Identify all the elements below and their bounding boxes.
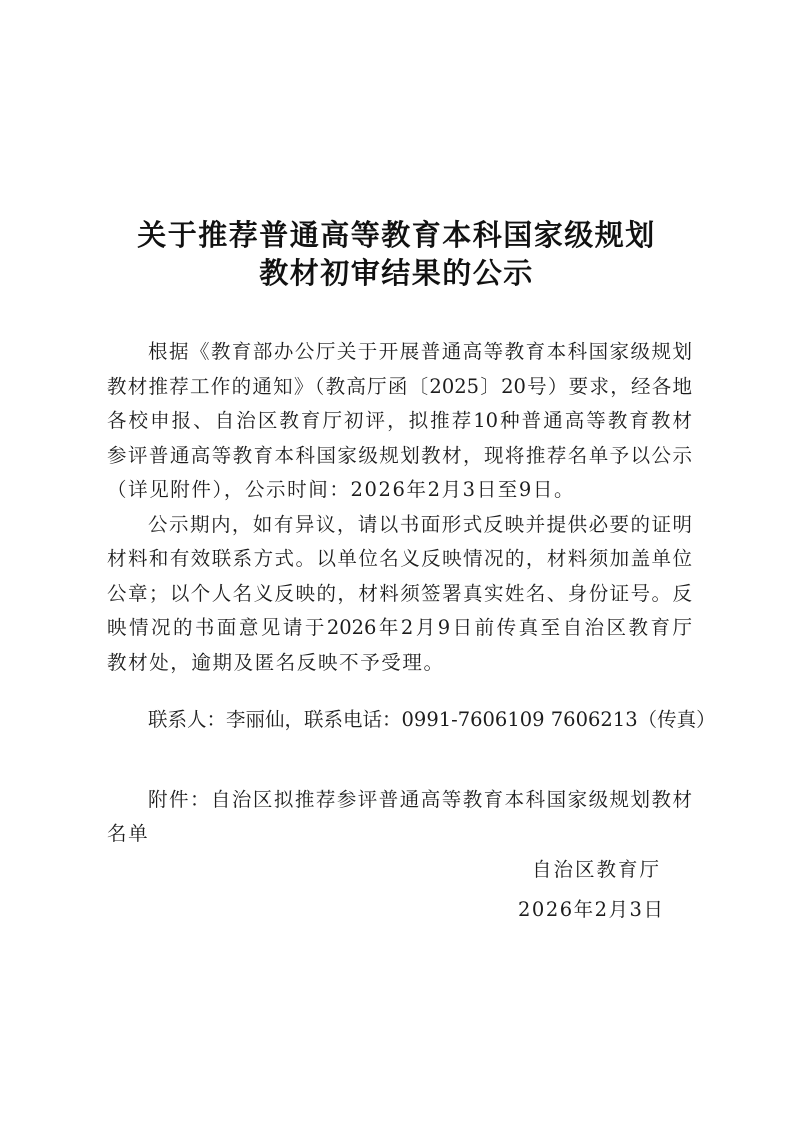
- document-page: 关于推荐普通高等教育本科国家级规划 教材初审结果的公示 根据《教育部办公厅关于开…: [0, 0, 793, 1122]
- issuer-name: 自治区教育厅: [532, 858, 661, 882]
- paragraph-1-line-1: 根据《教育部办公厅关于开展普通高等教育本科国家级规划: [148, 340, 692, 364]
- paragraph-1-line-2: 教材推荐工作的通知》（教高厅函〔2025〕20号）要求，经各地: [107, 375, 692, 399]
- paragraph-2-line-3: 公章；以个人名义反映的，材料须签署真实姓名、身份证号。反: [107, 582, 692, 606]
- document-title-line-1: 关于推荐普通高等教育本科国家级规划: [0, 217, 793, 253]
- paragraph-1-line-4: 参评普通高等教育本科国家级规划教材，现将推荐名单予以公示: [107, 444, 692, 468]
- attachment-line-2: 名单: [107, 822, 692, 846]
- paragraph-2-line-2: 材料和有效联系方式。以单位名义反映情况的，材料须加盖单位: [107, 547, 692, 571]
- contact-line: 联系人：李丽仙，联系电话：0991-7606109 7606213（传真）: [148, 708, 692, 732]
- issue-date: 2026年2月3日: [518, 898, 664, 922]
- paragraph-2-line-1: 公示期内，如有异议，请以书面形式反映并提供必要的证明: [148, 513, 692, 537]
- paragraph-1-line-3: 各校申报、自治区教育厅初评，拟推荐10种普通高等教育教材: [107, 409, 692, 433]
- attachment-line-1: 附件：自治区拟推荐参评普通高等教育本科国家级规划教材: [148, 788, 692, 812]
- paragraph-1-line-5: （详见附件），公示时间：2026年2月3日至9日。: [107, 478, 692, 502]
- document-title-line-2: 教材初审结果的公示: [0, 255, 793, 291]
- paragraph-2-line-5: 教材处，逾期及匿名反映不予受理。: [107, 651, 692, 675]
- paragraph-2-line-4: 映情况的书面意见请于2026年2月9日前传真至自治区教育厅: [107, 616, 692, 640]
